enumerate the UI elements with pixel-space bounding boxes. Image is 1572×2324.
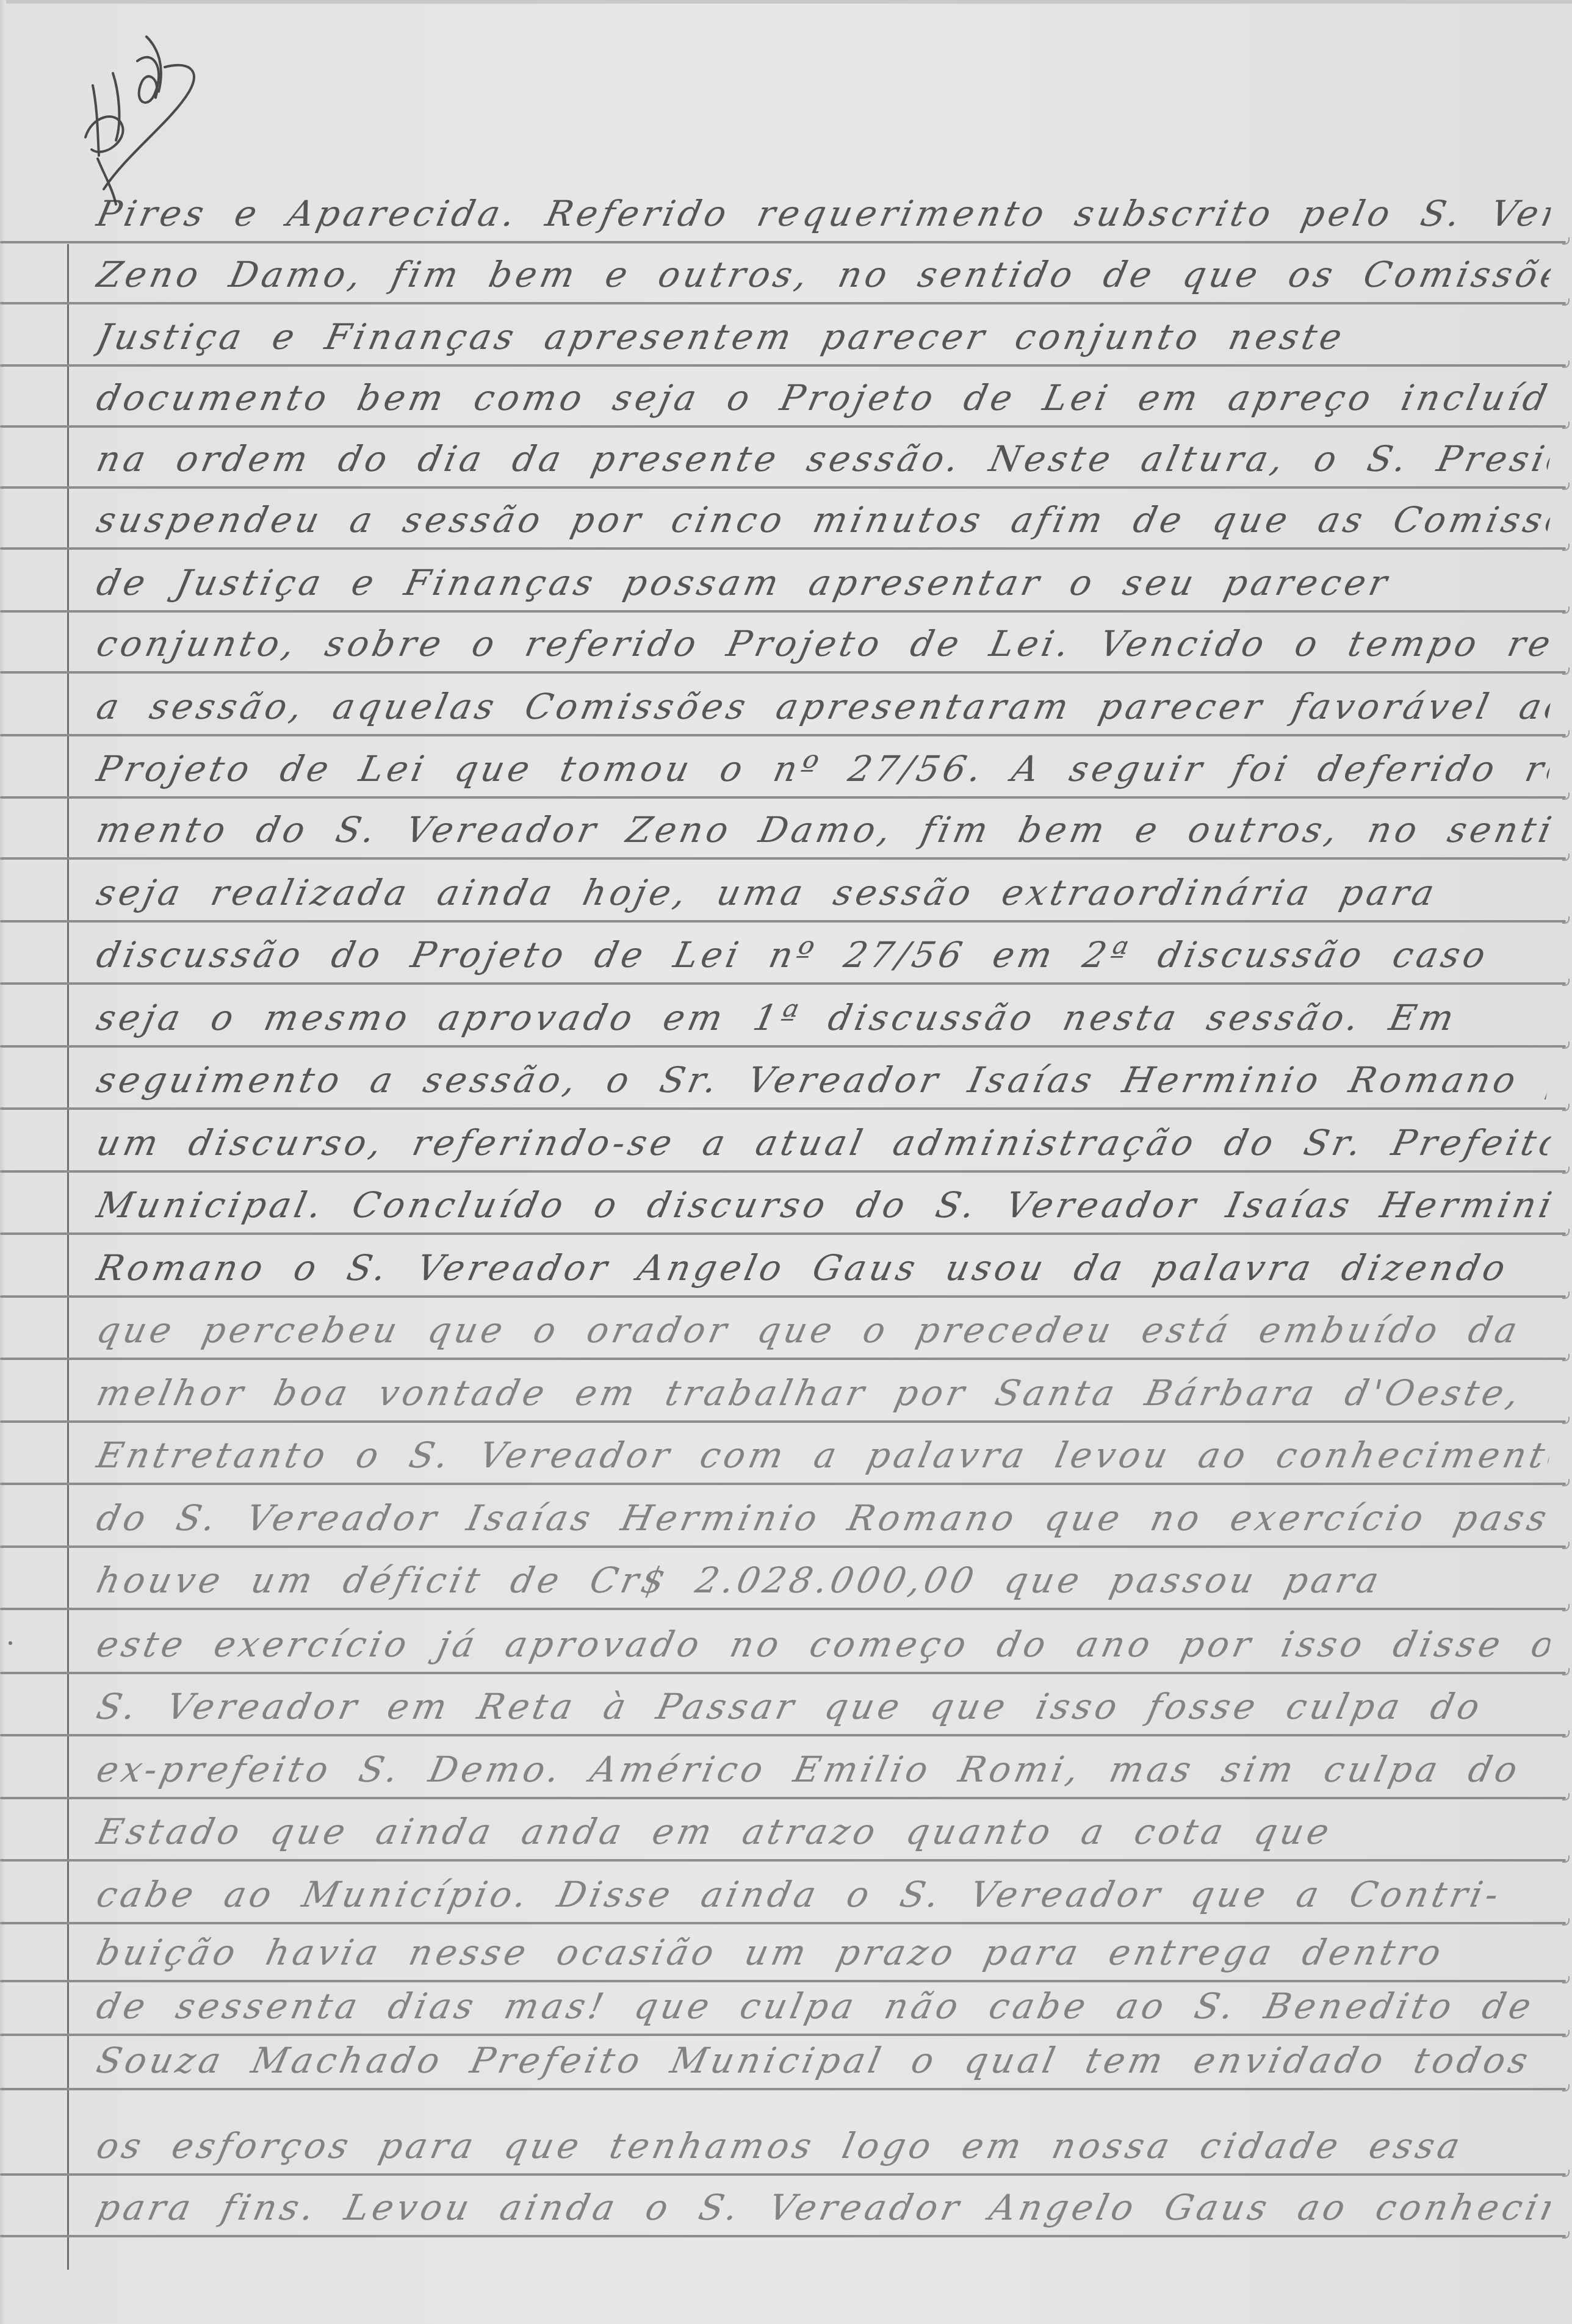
handwritten-line: na ordem do dia da presente sessão. Nest… bbox=[92, 431, 1556, 486]
handwritten-line: que percebeu que o orador que o precedeu… bbox=[92, 1303, 1556, 1358]
handwritten-line: suspendeu a sessão por cinco minutos afi… bbox=[92, 492, 1556, 547]
handwritten-line: um discurso, referindo-se a atual admini… bbox=[92, 1115, 1556, 1170]
handwritten-line: Romano o S. Vereador Angelo Gaus usou da… bbox=[92, 1240, 1556, 1295]
ruled-line bbox=[0, 364, 1566, 367]
paper-speck bbox=[9, 1641, 12, 1645]
ruled-line bbox=[0, 1545, 1566, 1548]
handwritten-line: Souza Machado Prefeito Municipal o qual … bbox=[92, 2033, 1556, 2088]
handwritten-line: do S. Vereador Isaías Herminio Romano qu… bbox=[92, 1491, 1556, 1545]
ruled-line bbox=[0, 1922, 1566, 1924]
ruled-line bbox=[0, 920, 1566, 923]
ruled-line bbox=[0, 241, 1566, 243]
ruled-line bbox=[0, 425, 1566, 428]
ruled-line bbox=[0, 1734, 1566, 1736]
rubric-signature-icon bbox=[79, 24, 226, 207]
ruled-line bbox=[0, 1420, 1566, 1423]
handwritten-line: cabe ao Município. Disse ainda o S. Vere… bbox=[92, 1867, 1556, 1922]
handwritten-line: seguimento a sessão, o Sr. Vereador Isaí… bbox=[92, 1052, 1556, 1107]
ruled-line bbox=[0, 734, 1566, 736]
handwritten-line: melhor boa vontade em trabalhar por Sant… bbox=[92, 1365, 1556, 1420]
handwritten-line: mento do S. Vereador Zeno Damo, fim bem … bbox=[92, 802, 1556, 857]
handwritten-line: a sessão, aquelas Comissões apresentaram… bbox=[92, 679, 1556, 734]
document-page: Pires e Aparecida. Referido requerimento… bbox=[0, 0, 1572, 2324]
handwritten-line: S. Vereador em Reta à Passar que que iss… bbox=[92, 1679, 1556, 1734]
page-left-edge bbox=[0, 0, 6, 2324]
handwritten-line: Projeto de Lei que tomou o nº 27/56. A s… bbox=[92, 741, 1556, 796]
handwritten-line: este exercício já aprovado no começo do … bbox=[92, 1617, 1556, 1672]
handwritten-line: Municipal. Concluído o discurso do S. Ve… bbox=[92, 1178, 1556, 1232]
ruled-line bbox=[0, 2173, 1566, 2176]
handwritten-line: discussão do Projeto de Lei nº 27/56 em … bbox=[92, 927, 1556, 982]
ruled-line bbox=[0, 796, 1566, 799]
handwritten-line: ex-prefeito S. Demo. Américo Emilio Romi… bbox=[92, 1742, 1556, 1797]
handwritten-line: documento bem como seja o Projeto de Lei… bbox=[92, 370, 1556, 425]
handwritten-line: houve um déficit de Cr$ 2.028.000,00 que… bbox=[92, 1553, 1556, 1608]
handwritten-line: de sessenta dias mas! que culpa não cabe… bbox=[92, 1979, 1556, 2034]
handwritten-line: seja o mesmo aprovado em 1ª discussão ne… bbox=[92, 990, 1556, 1045]
ruled-line bbox=[0, 1170, 1566, 1173]
ruled-line bbox=[0, 1672, 1566, 1674]
ruled-line bbox=[0, 671, 1566, 674]
ruled-line bbox=[0, 1483, 1566, 1485]
ruled-line bbox=[0, 2235, 1566, 2237]
ruled-line bbox=[0, 1045, 1566, 1048]
ruled-line bbox=[0, 302, 1566, 304]
handwritten-line: para fins. Levou ainda o S. Vereador Ang… bbox=[92, 2180, 1556, 2235]
ruled-line bbox=[0, 1797, 1566, 1799]
handwritten-line: de Justiça e Finanças possam apresentar … bbox=[92, 555, 1556, 610]
handwritten-line: Entretanto o S. Vereador com a palavra l… bbox=[92, 1428, 1556, 1483]
ruled-line bbox=[0, 1295, 1566, 1298]
page-top-edge bbox=[0, 0, 1572, 4]
ruled-line bbox=[0, 1859, 1566, 1862]
handwritten-line: Estado que ainda anda em atrazo quanto a… bbox=[92, 1804, 1556, 1859]
ruled-line bbox=[0, 1358, 1566, 1360]
handwritten-line: Zeno Damo, fim bem e outros, no sentido … bbox=[92, 247, 1556, 302]
handwritten-line: Pires e Aparecida. Referido requerimento… bbox=[92, 186, 1556, 241]
ruled-line bbox=[0, 610, 1566, 613]
ruled-line bbox=[0, 1608, 1566, 1610]
handwritten-line: conjunto, sobre o referido Projeto de Le… bbox=[92, 616, 1556, 671]
ruled-line bbox=[0, 1232, 1566, 1235]
handwritten-line: buição havia nesse ocasião um prazo para… bbox=[92, 1925, 1556, 1980]
handwritten-line: Justiça e Finanças apresentem parecer co… bbox=[92, 309, 1556, 364]
ruled-line bbox=[0, 2088, 1566, 2090]
ruled-line bbox=[0, 982, 1566, 985]
ruled-line bbox=[0, 857, 1566, 860]
handwritten-line: os esforços para que tenhamos logo em no… bbox=[92, 2118, 1556, 2173]
handwritten-line: seja realizada ainda hoje, uma sessão ex… bbox=[92, 865, 1556, 920]
ruled-line bbox=[0, 1107, 1566, 1110]
ruled-line bbox=[0, 547, 1566, 550]
ruled-line bbox=[0, 486, 1566, 489]
